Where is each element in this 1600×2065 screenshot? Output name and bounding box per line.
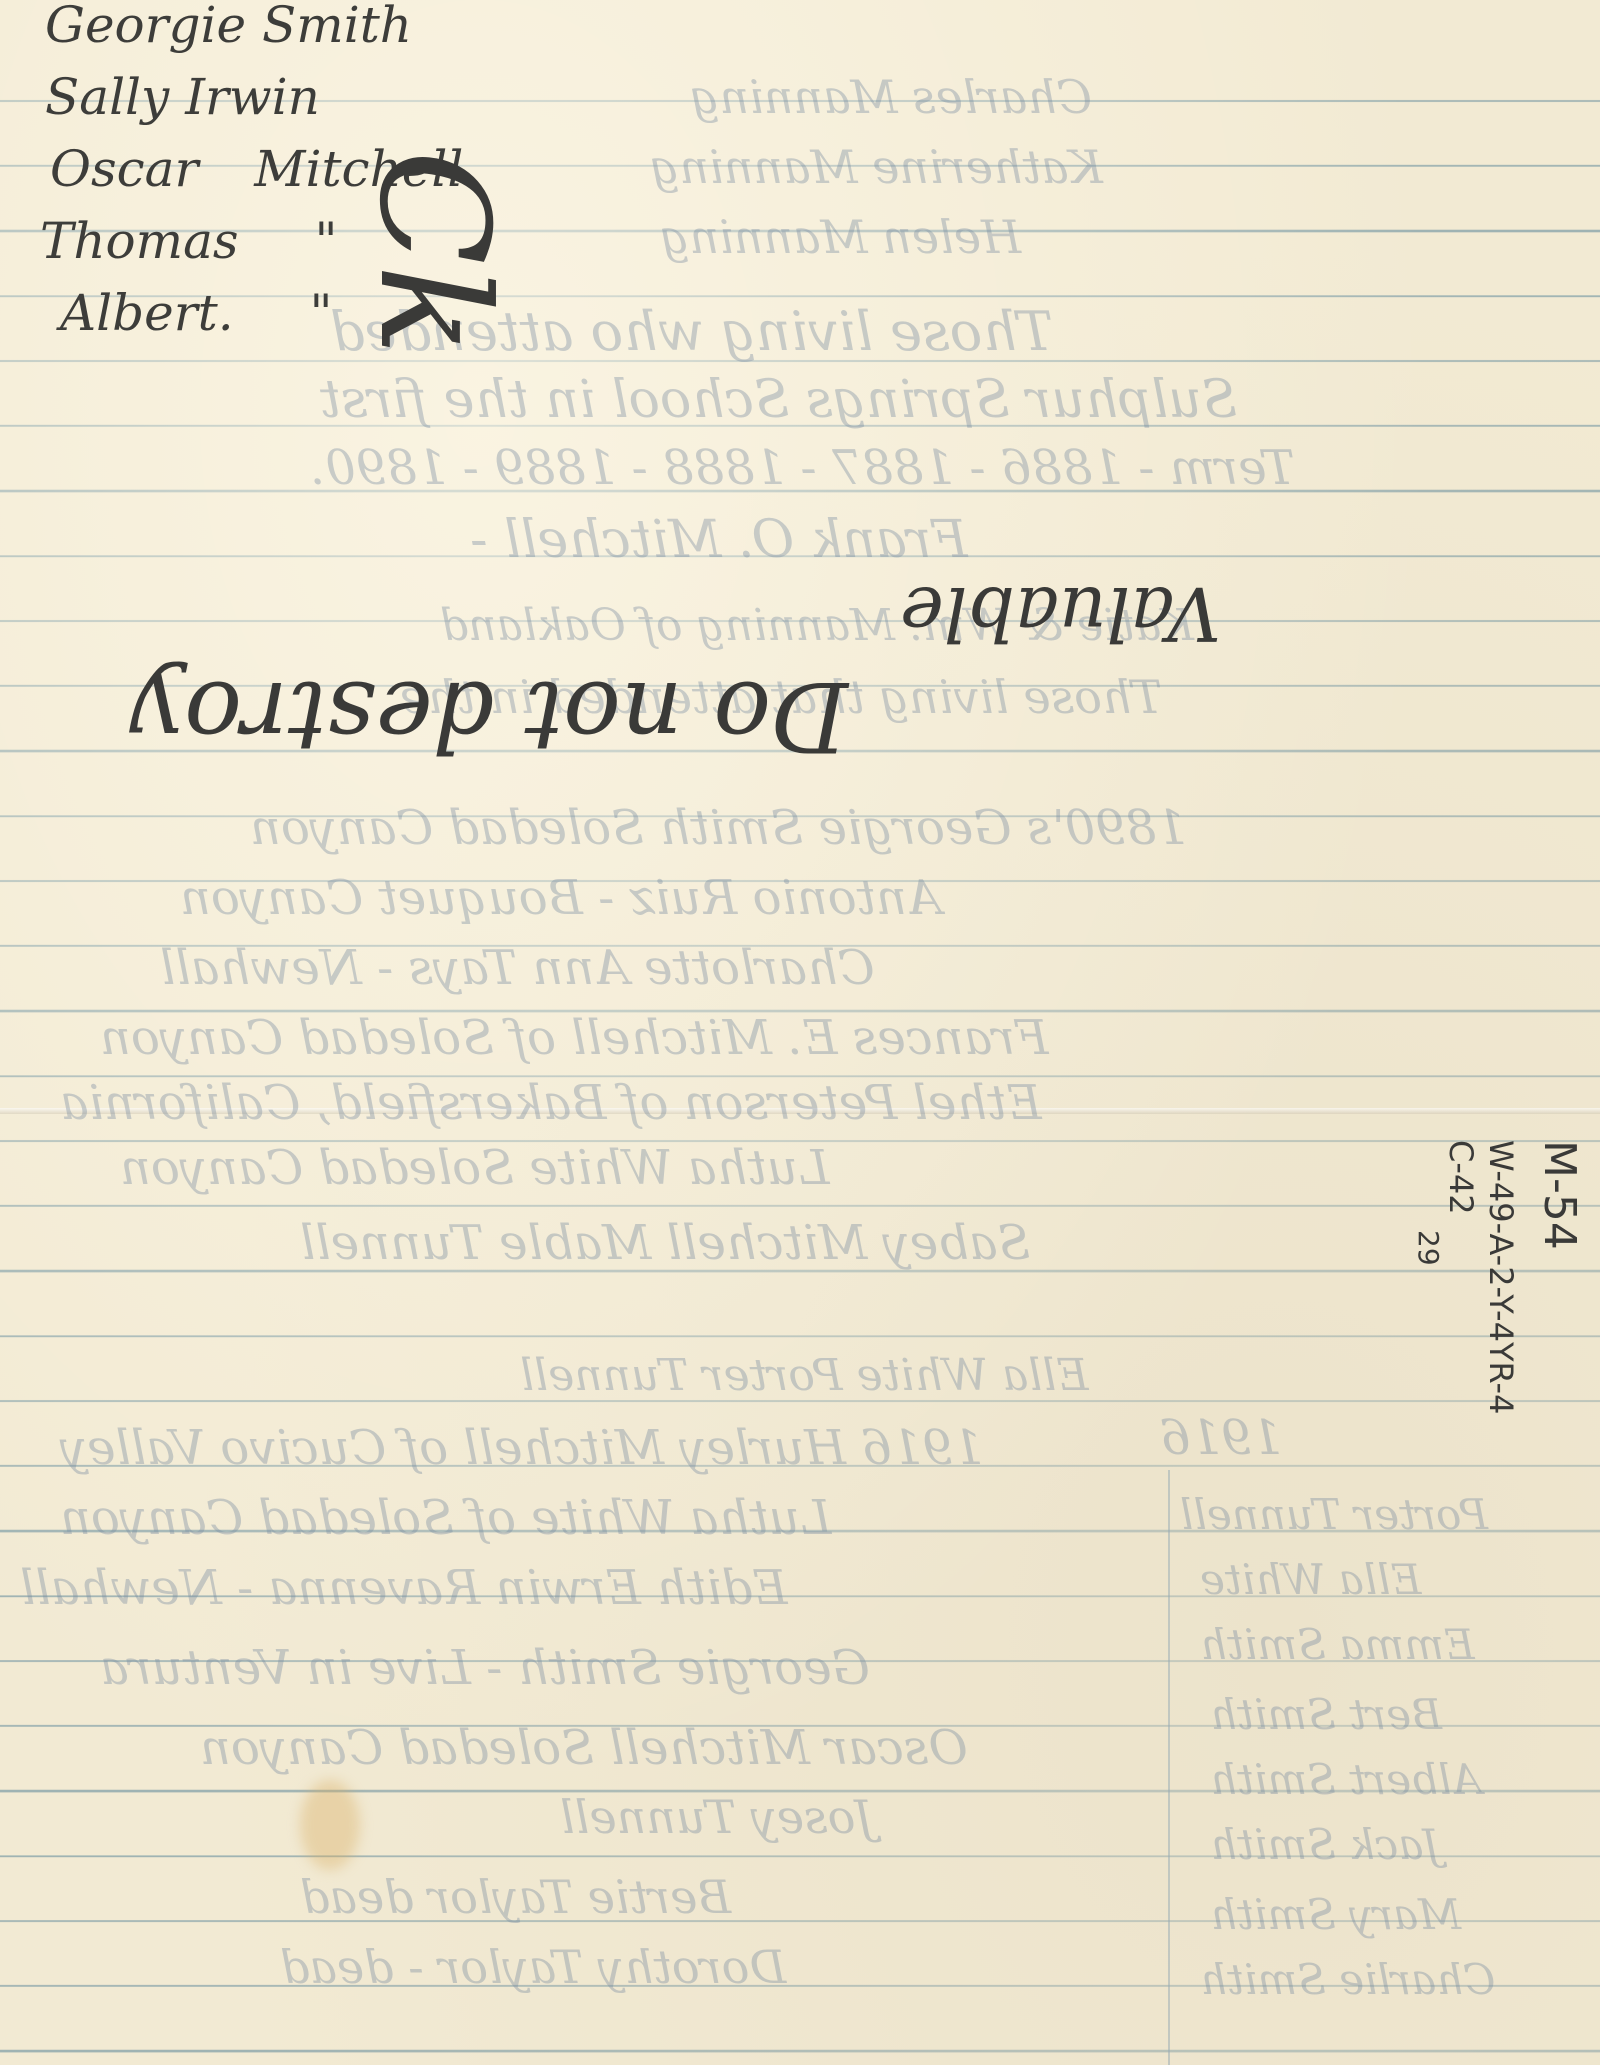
rotated-code-m54: M-54 bbox=[1534, 1140, 1585, 1250]
bleed-line: Ethel Peterson of Bakersfield, Californi… bbox=[60, 1075, 1042, 1131]
first-name: Thomas bbox=[40, 212, 239, 270]
rotated-code-w49: W-49-A-2-Y-4YR-4 bbox=[1482, 1140, 1520, 1414]
bleed-line: Sabey Mitchell Mable Tunnell bbox=[300, 1215, 1030, 1271]
bleed-line: Term - 1886 - 1887 - 1888 - 1889 - 1890. bbox=[310, 440, 1295, 496]
upside-down-note-do-not-destroy: Do not destroy bbox=[130, 660, 848, 772]
last-name: Smith bbox=[262, 0, 412, 54]
bleed-line: Ella White bbox=[1200, 1555, 1421, 1604]
bleed-line: Charlotte Ann Tays - Newhall bbox=[160, 940, 875, 996]
bleed-line: Emma Smith bbox=[1200, 1620, 1475, 1669]
bleed-line: Antonio Ruiz - Bouquet Canyon bbox=[180, 870, 941, 926]
bleed-year: 1916 bbox=[1160, 1410, 1282, 1466]
first-name: Oscar bbox=[50, 140, 198, 198]
upside-down-note-valuable: Valuable bbox=[900, 570, 1221, 656]
rotated-code-29: 29 bbox=[1412, 1230, 1445, 1266]
bleed-line: 1916 Hurley Mitchell of Cucivo Valley bbox=[60, 1420, 983, 1476]
rotated-check-mark: Ck bbox=[346, 150, 520, 356]
bleed-line: Katherine Manning bbox=[650, 140, 1103, 194]
bleed-line: Josey Tunnell bbox=[560, 1790, 874, 1844]
bleed-line: Charles Manning bbox=[690, 70, 1092, 124]
rotated-code-c42: C-42 bbox=[1442, 1140, 1480, 1215]
bleed-line: Porter Tunnell bbox=[1180, 1490, 1488, 1539]
last-name: Irwin bbox=[185, 68, 320, 126]
bleed-line: Charlie Smith bbox=[1200, 1955, 1495, 2004]
bleed-line: Ella White Porter Tunnell bbox=[520, 1350, 1088, 1401]
bleed-line: Lutha White of Soledad Canyon bbox=[60, 1490, 831, 1546]
bleed-line: Sulphur Springs School in the first bbox=[320, 370, 1237, 430]
first-name: Albert. bbox=[60, 284, 234, 342]
ditto-mark: " bbox=[310, 284, 333, 342]
bleed-line: 1890's Georgie Smith Soledad Canyon bbox=[250, 800, 1187, 856]
bleed-line: Frank O. Mitchell - bbox=[470, 510, 968, 570]
first-name: Sally bbox=[45, 68, 169, 126]
name-entry: Sally Irwin bbox=[45, 68, 320, 126]
first-name: Georgie bbox=[45, 0, 246, 54]
bleed-line: Bertie Taylor dead bbox=[300, 1870, 731, 1924]
document-page: Charles Manning Katherine Manning Helen … bbox=[0, 0, 1600, 2065]
bleed-line: Helen Manning bbox=[660, 210, 1021, 264]
bleed-line: Edith Erwin Ravenna - Newhall bbox=[20, 1560, 787, 1616]
bleed-line: Lutha White Soledad Canyon bbox=[120, 1140, 829, 1196]
name-entry: Thomas " bbox=[40, 212, 337, 270]
bleed-line: Albert Smith bbox=[1210, 1755, 1482, 1804]
bleed-line: Dorothy Taylor - dead bbox=[280, 1940, 786, 1994]
name-entry: Albert. " bbox=[60, 284, 333, 342]
bleed-line: Frances E. Mitchell of Soledad Canyon bbox=[100, 1010, 1048, 1066]
bleed-line: Oscar Mitchell Soledad Canyon bbox=[200, 1720, 968, 1776]
bleed-line: Jack Smith bbox=[1210, 1820, 1440, 1869]
ditto-mark: " bbox=[314, 212, 337, 270]
stain bbox=[300, 1780, 360, 1870]
margin-line bbox=[1168, 1470, 1170, 2065]
bleed-line: Bert Smith bbox=[1210, 1690, 1442, 1739]
bleed-line: Mary Smith bbox=[1210, 1890, 1461, 1939]
bleed-line: Georgie Smith - Live in Ventura bbox=[100, 1640, 870, 1696]
name-entry: Georgie Smith bbox=[45, 0, 412, 54]
